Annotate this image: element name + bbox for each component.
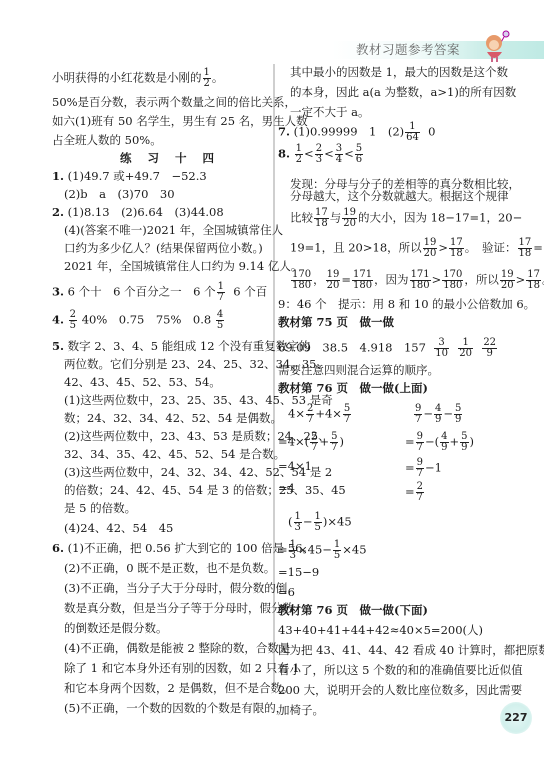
section-heading-p75: 教材第 75 页 做一做 bbox=[278, 314, 394, 330]
text-line: 除了 1 和它本身外还有别的因数，如 2 只有 1 bbox=[64, 660, 300, 676]
text-line: 比较1718与1920的大小，因为 18−17=1，20− bbox=[290, 208, 522, 229]
page-header: 教材习题参考答案 bbox=[332, 37, 544, 61]
section-heading-p76-top: 教材第 76 页 做一做(上面) bbox=[278, 380, 428, 396]
text-line: 和它本身两个因数，2 是偶数，但不是合数。 bbox=[64, 680, 293, 696]
text: 小明获得的小红花数是小刚的 bbox=[52, 71, 202, 85]
calc-c-step: =13×45−15×45 bbox=[278, 540, 367, 561]
fraction: 23 bbox=[315, 144, 323, 165]
text-line: 43+40+41+44+42≈40×5=200(人) bbox=[278, 622, 483, 638]
text: > bbox=[516, 273, 526, 287]
calc-a-step: 4×27+4×57 bbox=[288, 404, 352, 425]
text: 69.09 38.5 4.918 157 bbox=[278, 341, 426, 355]
text: 比较 bbox=[290, 211, 313, 225]
text: ，所以 bbox=[464, 273, 499, 287]
answer-3: 3. 6 个十 6 个百分之一 6 个17 6 个百 bbox=[52, 282, 267, 303]
text-line: (3)不正确，当分子大于分母时，假分数的倒 bbox=[64, 580, 287, 596]
text-line: 是 5 的倍数。 bbox=[64, 500, 136, 516]
fraction: 1718 bbox=[526, 270, 541, 291]
text: 40% 0.75 75% 0.8 bbox=[82, 313, 212, 327]
text-line: 占全班人数的 50%。 bbox=[52, 132, 162, 148]
page-number: 227 bbox=[500, 702, 532, 734]
fraction: 171180 bbox=[352, 270, 373, 291]
calc-c-step: =15−9 bbox=[278, 564, 319, 580]
question-number: 1. bbox=[52, 169, 64, 183]
text-line: 69.09 38.5 4.918 157 310 120 229 bbox=[278, 338, 498, 359]
calc-a-step: =4×(27+57) bbox=[278, 432, 344, 453]
text-line: 的倍数；24、42、45、54 是 3 的倍数；25、35、45 bbox=[64, 482, 346, 498]
text-line: 小明获得的小红花数是小刚的12。 bbox=[52, 68, 223, 89]
text-line: 口约为多少亿人？(结果保留两位小数。) bbox=[64, 240, 263, 256]
fraction: 45 bbox=[216, 310, 224, 331]
text: (1)49.7 或+49.7 −52.3 bbox=[68, 169, 207, 183]
text-line: 数；24、32、34、42、52、54 是偶数。 bbox=[64, 410, 282, 426]
text-line: 分母越大，这个分数就越大。根据这个规律 bbox=[290, 188, 509, 204]
text-line: (2)b a (3)70 30 bbox=[64, 186, 175, 202]
question-number: 4. bbox=[52, 313, 64, 327]
fraction: 170180 bbox=[442, 270, 463, 291]
text: ，因为 bbox=[374, 273, 409, 287]
text: < bbox=[304, 147, 314, 161]
text: (1)不正确，把 0.56 扩大到它的 100 倍是 56。 bbox=[68, 541, 314, 555]
text-line: 42、43、45、52、53、54。 bbox=[64, 374, 221, 390]
calc-a-step: =4×1 bbox=[278, 458, 312, 474]
answer-5: 5. 数字 2、3、4、5 能组成 12 个没有重复数字的 bbox=[52, 338, 310, 354]
text-line: 因为把 43、41、44、42 看成 40 计算时，都把原数 bbox=[278, 642, 544, 658]
fraction: 1718 bbox=[449, 238, 464, 259]
text: = bbox=[533, 241, 543, 255]
answer-4: 4. 25 40% 0.75 75% 0.8 45 bbox=[52, 310, 225, 331]
text-line: 数是真分数，但是当分子等于分母时，假分数 bbox=[64, 600, 294, 616]
fraction: 229 bbox=[482, 338, 497, 359]
answer-8: 8. 12<23<34<56 bbox=[278, 144, 364, 165]
text: ， bbox=[313, 273, 325, 287]
fraction: 17 bbox=[217, 282, 225, 303]
fraction: 120 bbox=[458, 338, 473, 359]
fraction: 1920 bbox=[342, 208, 357, 229]
calc-b-step: =27 bbox=[405, 482, 425, 503]
fraction: 1920 bbox=[326, 270, 341, 291]
text-line: 的倒数还是假分数。 bbox=[64, 620, 168, 636]
text-line: (4)(答案不唯一)2021 年，全国城镇常住人 bbox=[64, 222, 283, 238]
text: 数字 2、3、4、5 能组成 12 个没有重复数字的 bbox=[68, 339, 311, 353]
text-line: 其中最小的因数是 1，最大的因数是这个数 bbox=[290, 64, 508, 80]
text-line: (5)不正确，一个数的因数的个数是有限的， bbox=[64, 700, 287, 716]
fraction: 310 bbox=[434, 338, 449, 359]
question-number: 5. bbox=[52, 339, 64, 353]
section-heading-p76-bottom: 教材第 76 页 做一做(下面) bbox=[278, 602, 428, 618]
fraction: 1718 bbox=[518, 238, 533, 259]
calc-a-step: =4 bbox=[278, 480, 295, 496]
text-line: 需要注意四则混合运算的顺序。 bbox=[278, 362, 439, 378]
fraction: 164 bbox=[405, 122, 420, 143]
text: (1)0.99999 1 (2) bbox=[294, 125, 404, 139]
fraction: 1718 bbox=[314, 208, 329, 229]
fraction: 56 bbox=[355, 144, 363, 165]
text: 与 bbox=[330, 211, 342, 225]
text-line: 200 大，说明开会的人数比座位数多，因此需要 bbox=[278, 682, 522, 698]
fraction: 12 bbox=[203, 68, 211, 89]
text-line: 2021 年，全国城镇常住人口约为 9.14 亿人。 bbox=[64, 258, 302, 274]
text-line: 170180，1920=171180，因为171180>170180，所以192… bbox=[290, 270, 544, 291]
question-number: 7. bbox=[278, 125, 290, 139]
fraction: 25 bbox=[69, 310, 77, 331]
text: 6 个十 6 个百分之一 6 个 bbox=[68, 285, 216, 299]
answer-2: 2. (1)8.13 (2)6.64 (3)44.08 bbox=[52, 204, 224, 220]
text-line: 32、34、35、42、45、52、54 是合数。 bbox=[64, 446, 285, 462]
section-title: 练 习 十 四 bbox=[120, 150, 220, 166]
text-line: 19=1，且 20>18，所以1920>1718。 验证：1718= bbox=[290, 238, 543, 259]
calc-b-step: =97−1 bbox=[405, 458, 442, 479]
text-line: 的本身，因此 a(a 为整数，a>1)的所有因数 bbox=[290, 84, 516, 100]
text: 。 bbox=[212, 71, 224, 85]
text-line: 如六(1)班有 50 名学生，男生有 25 名，男生人数 bbox=[52, 113, 308, 129]
text-line: 一定不大于 a。 bbox=[290, 104, 370, 120]
text: 6 个百 bbox=[233, 285, 267, 299]
calc-b-step: =97−(49+59) bbox=[405, 432, 474, 453]
mascot-icon bbox=[482, 30, 512, 64]
text: (1)8.13 (2)6.64 (3)44.08 bbox=[68, 205, 224, 219]
header-title: 教材习题参考答案 bbox=[356, 40, 460, 58]
answer-6: 6. (1)不正确，把 0.56 扩大到它的 100 倍是 56。 bbox=[52, 540, 314, 556]
answer-9: 9：46 个 提示：用 8 和 10 的最小公倍数加 6。 bbox=[278, 296, 535, 312]
text: > bbox=[432, 273, 442, 287]
calc-c-step: =6 bbox=[278, 584, 295, 600]
fraction: 1920 bbox=[500, 270, 515, 291]
question-number: 3. bbox=[52, 285, 64, 299]
question-number: 6. bbox=[52, 541, 64, 555]
calc-b-step: 97−49−59 bbox=[413, 404, 463, 425]
fraction: 1920 bbox=[423, 238, 438, 259]
text-line: 看小了，所以这 5 个数的和的准确值要比近似值 bbox=[278, 662, 523, 678]
fraction: 171180 bbox=[410, 270, 431, 291]
answer-7: 7. (1)0.99999 1 (2)164 0 bbox=[278, 122, 436, 143]
text: > bbox=[438, 241, 448, 255]
question-number: 8. bbox=[278, 147, 290, 161]
calc-c-step: (13−15)×45 bbox=[288, 512, 352, 533]
text-line: 加椅子。 bbox=[278, 702, 324, 718]
text: 。 验证： bbox=[465, 241, 517, 255]
text: 0 bbox=[428, 125, 435, 139]
fraction: 34 bbox=[335, 144, 343, 165]
fraction: 12 bbox=[295, 144, 303, 165]
question-number: 2. bbox=[52, 205, 64, 219]
text: 的大小，因为 18−17=1，20− bbox=[358, 211, 522, 225]
text-line: (4)不正确，偶数是能被 2 整除的数，合数是 bbox=[64, 640, 290, 656]
text: = bbox=[341, 273, 351, 287]
text: < bbox=[344, 147, 354, 161]
textbook-page: 教材习题参考答案 小明获得的小红花数是小刚的12。 50%是百分数，表示两个数量… bbox=[0, 0, 544, 757]
answer-1: 1. (1)49.7 或+49.7 −52.3 bbox=[52, 168, 207, 184]
text-line: (2)不正确，0 既不是正数，也不是负数。 bbox=[64, 560, 275, 576]
text-line: (4)24、42、54 45 bbox=[64, 520, 173, 536]
text: 19=1，且 20>18，所以 bbox=[290, 241, 422, 255]
fraction: 170180 bbox=[291, 270, 312, 291]
text: < bbox=[324, 147, 334, 161]
text-line: 50%是百分数，表示两个数量之间的倍比关系， bbox=[52, 94, 296, 110]
